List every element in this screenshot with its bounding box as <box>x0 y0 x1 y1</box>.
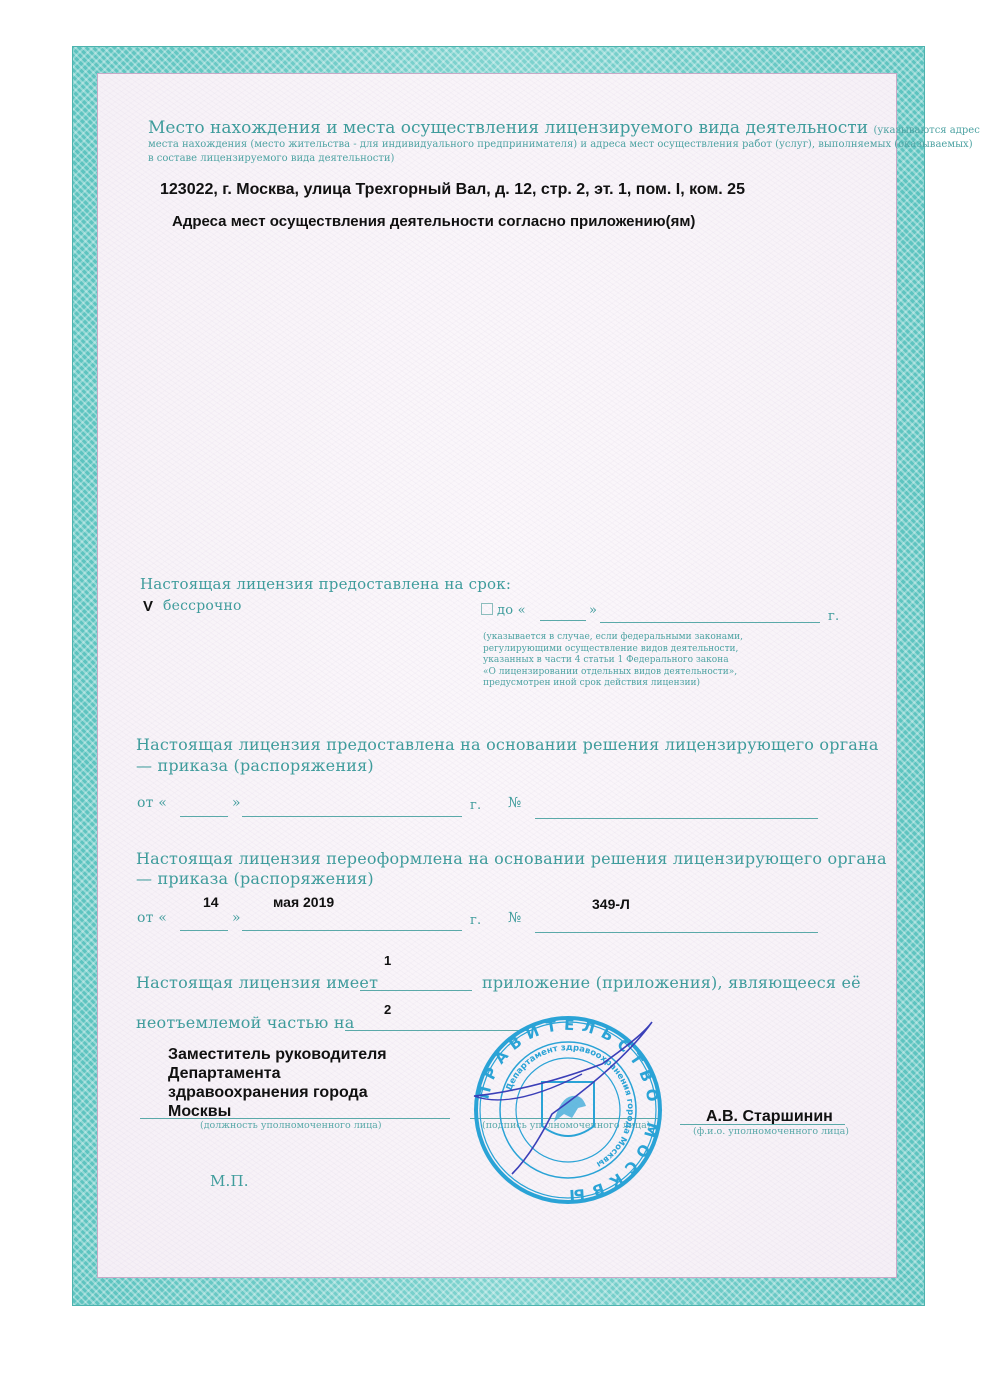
signatory-position-line: здравоохранения города <box>168 1083 387 1102</box>
until-prefix: до « <box>497 603 526 618</box>
seal-label: М.П. <box>210 1172 249 1190</box>
granted-line-2: — приказа (распоряжения) <box>136 756 374 775</box>
until-suffix: г. <box>828 609 839 624</box>
name-caption: (ф.и.о. уполномоченного лица) <box>693 1126 849 1137</box>
reissued-number: 349-Л <box>592 896 630 912</box>
signatory-position: Заместитель руководителя Департамента зд… <box>168 1045 387 1121</box>
appendix-line-2-prefix: неотъемлемой частью на <box>136 1013 354 1032</box>
reissued-year-suffix: г. <box>470 913 481 928</box>
term-note: (указывается в случае, если федеральными… <box>483 632 743 690</box>
location-note-line-2: места нахождения (место жительства - для… <box>148 139 973 151</box>
signatory-position-line: Департамента <box>168 1064 387 1083</box>
until-day-line <box>540 620 586 621</box>
official-stamp-icon: ПРАВИТЕЛЬСТВО МОСКВЫ Департамент здравоо… <box>472 1014 664 1206</box>
term-note-line: «О лицензировании отдельных видов деятел… <box>483 667 743 679</box>
activity-addresses-note: Адреса мест осуществления деятельности с… <box>172 213 695 230</box>
indefinite-checkbox[interactable]: V <box>143 598 153 615</box>
signatory-position-line: Заместитель руководителя <box>168 1045 387 1064</box>
granted-number-label: № <box>508 795 521 811</box>
reissued-date-line <box>242 930 462 931</box>
granted-from-label: от « <box>137 795 167 811</box>
location-heading-note: (указываются адрес <box>873 125 979 136</box>
term-label: Настоящая лицензия предоставлена на срок… <box>140 575 511 593</box>
reissued-line-1: Настоящая лицензия переоформлена на осно… <box>136 849 887 868</box>
reissued-date: мая 2019 <box>273 894 334 910</box>
term-note-line: указанных в части 4 статьи 1 Федеральног… <box>483 655 743 667</box>
granted-year-suffix: г. <box>470 798 481 813</box>
term-note-line: предусмотрен иной срок действия лицензии… <box>483 678 743 690</box>
reissued-day: 14 <box>203 894 219 910</box>
reissued-number-line <box>535 932 818 933</box>
until-date-line <box>600 622 820 623</box>
location-note-line-3: в составе лицензируемого вида деятельнос… <box>148 153 394 165</box>
granted-date-line <box>242 816 462 817</box>
name-line <box>680 1124 845 1125</box>
appendix-count: 1 <box>384 953 391 968</box>
position-line <box>140 1118 450 1119</box>
term-note-line: (указывается в случае, если федеральными… <box>483 632 743 644</box>
location-heading-text: Место нахождения и места осуществления л… <box>148 118 868 138</box>
appendix-count-line <box>360 990 472 991</box>
term-note-line: регулирующими осуществление видов деятел… <box>483 644 743 656</box>
reissued-from-label: от « <box>137 910 167 926</box>
appendix-sheets: 2 <box>384 1002 391 1017</box>
granted-close-quote: » <box>232 795 241 811</box>
granted-line-1: Настоящая лицензия предоставлена на осно… <box>136 735 879 754</box>
reissued-close-quote: » <box>232 910 241 926</box>
reissued-number-label: № <box>508 910 521 926</box>
appendix-line-1-prefix: Настоящая лицензия имеет <box>136 973 378 992</box>
granted-number-line <box>535 818 818 819</box>
location-heading: Место нахождения и места осуществления л… <box>148 118 980 138</box>
reissued-day-line <box>180 930 228 931</box>
appendix-line-1-suffix: приложение (приложения), являющееся её <box>482 973 861 992</box>
until-checkbox[interactable] <box>481 603 493 615</box>
reissued-line-2: — приказа (распоряжения) <box>136 869 374 888</box>
indefinite-label: бессрочно <box>163 598 242 614</box>
until-mid: » <box>589 603 597 618</box>
license-address: 123022, г. Москва, улица Трехгорный Вал,… <box>160 181 745 199</box>
granted-day-line <box>180 816 228 817</box>
position-caption: (должность уполномоченного лица) <box>200 1120 382 1131</box>
